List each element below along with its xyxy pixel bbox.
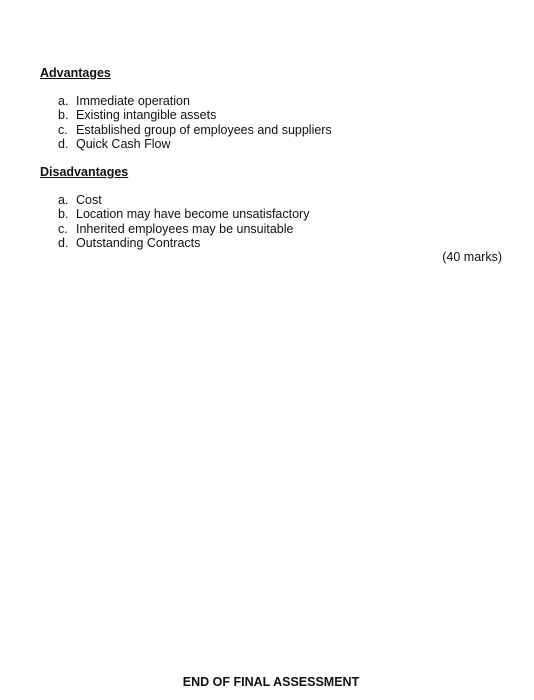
list-marker: c. [58,222,76,236]
list-item-text: Existing intangible assets [76,108,216,122]
list-item: d.Quick Cash Flow [58,137,332,151]
advantages-list: a.Immediate operation b.Existing intangi… [58,94,332,151]
list-marker: d. [58,137,76,151]
list-item-text: Location may have become unsatisfactory [76,207,309,221]
list-marker: c. [58,123,76,137]
list-marker: b. [58,207,76,221]
list-item-text: Inherited employees may be unsuitable [76,222,294,236]
list-item: b.Existing intangible assets [58,108,332,122]
list-item: a.Cost [58,193,309,207]
disadvantages-heading: Disadvantages [40,165,128,179]
disadvantages-list: a.Cost b.Location may have become unsati… [58,193,309,250]
list-item-text: Immediate operation [76,94,190,108]
list-item: d.Outstanding Contracts [58,236,309,250]
list-item: c.Inherited employees may be unsuitable [58,222,309,236]
end-of-assessment-footer: END OF FINAL ASSESSMENT [0,675,534,689]
list-item: b.Location may have become unsatisfactor… [58,207,309,221]
list-marker: d. [58,236,76,250]
advantages-heading: Advantages [40,66,111,80]
list-item: a.Immediate operation [58,94,332,108]
list-marker: a. [58,94,76,108]
marks-allocation: (40 marks) [442,250,502,264]
list-item-text: Cost [76,193,102,207]
list-item: c.Established group of employees and sup… [58,123,332,137]
list-item-text: Quick Cash Flow [76,137,170,151]
list-marker: b. [58,108,76,122]
list-item-text: Established group of employees and suppl… [76,123,332,137]
list-marker: a. [58,193,76,207]
list-item-text: Outstanding Contracts [76,236,200,250]
